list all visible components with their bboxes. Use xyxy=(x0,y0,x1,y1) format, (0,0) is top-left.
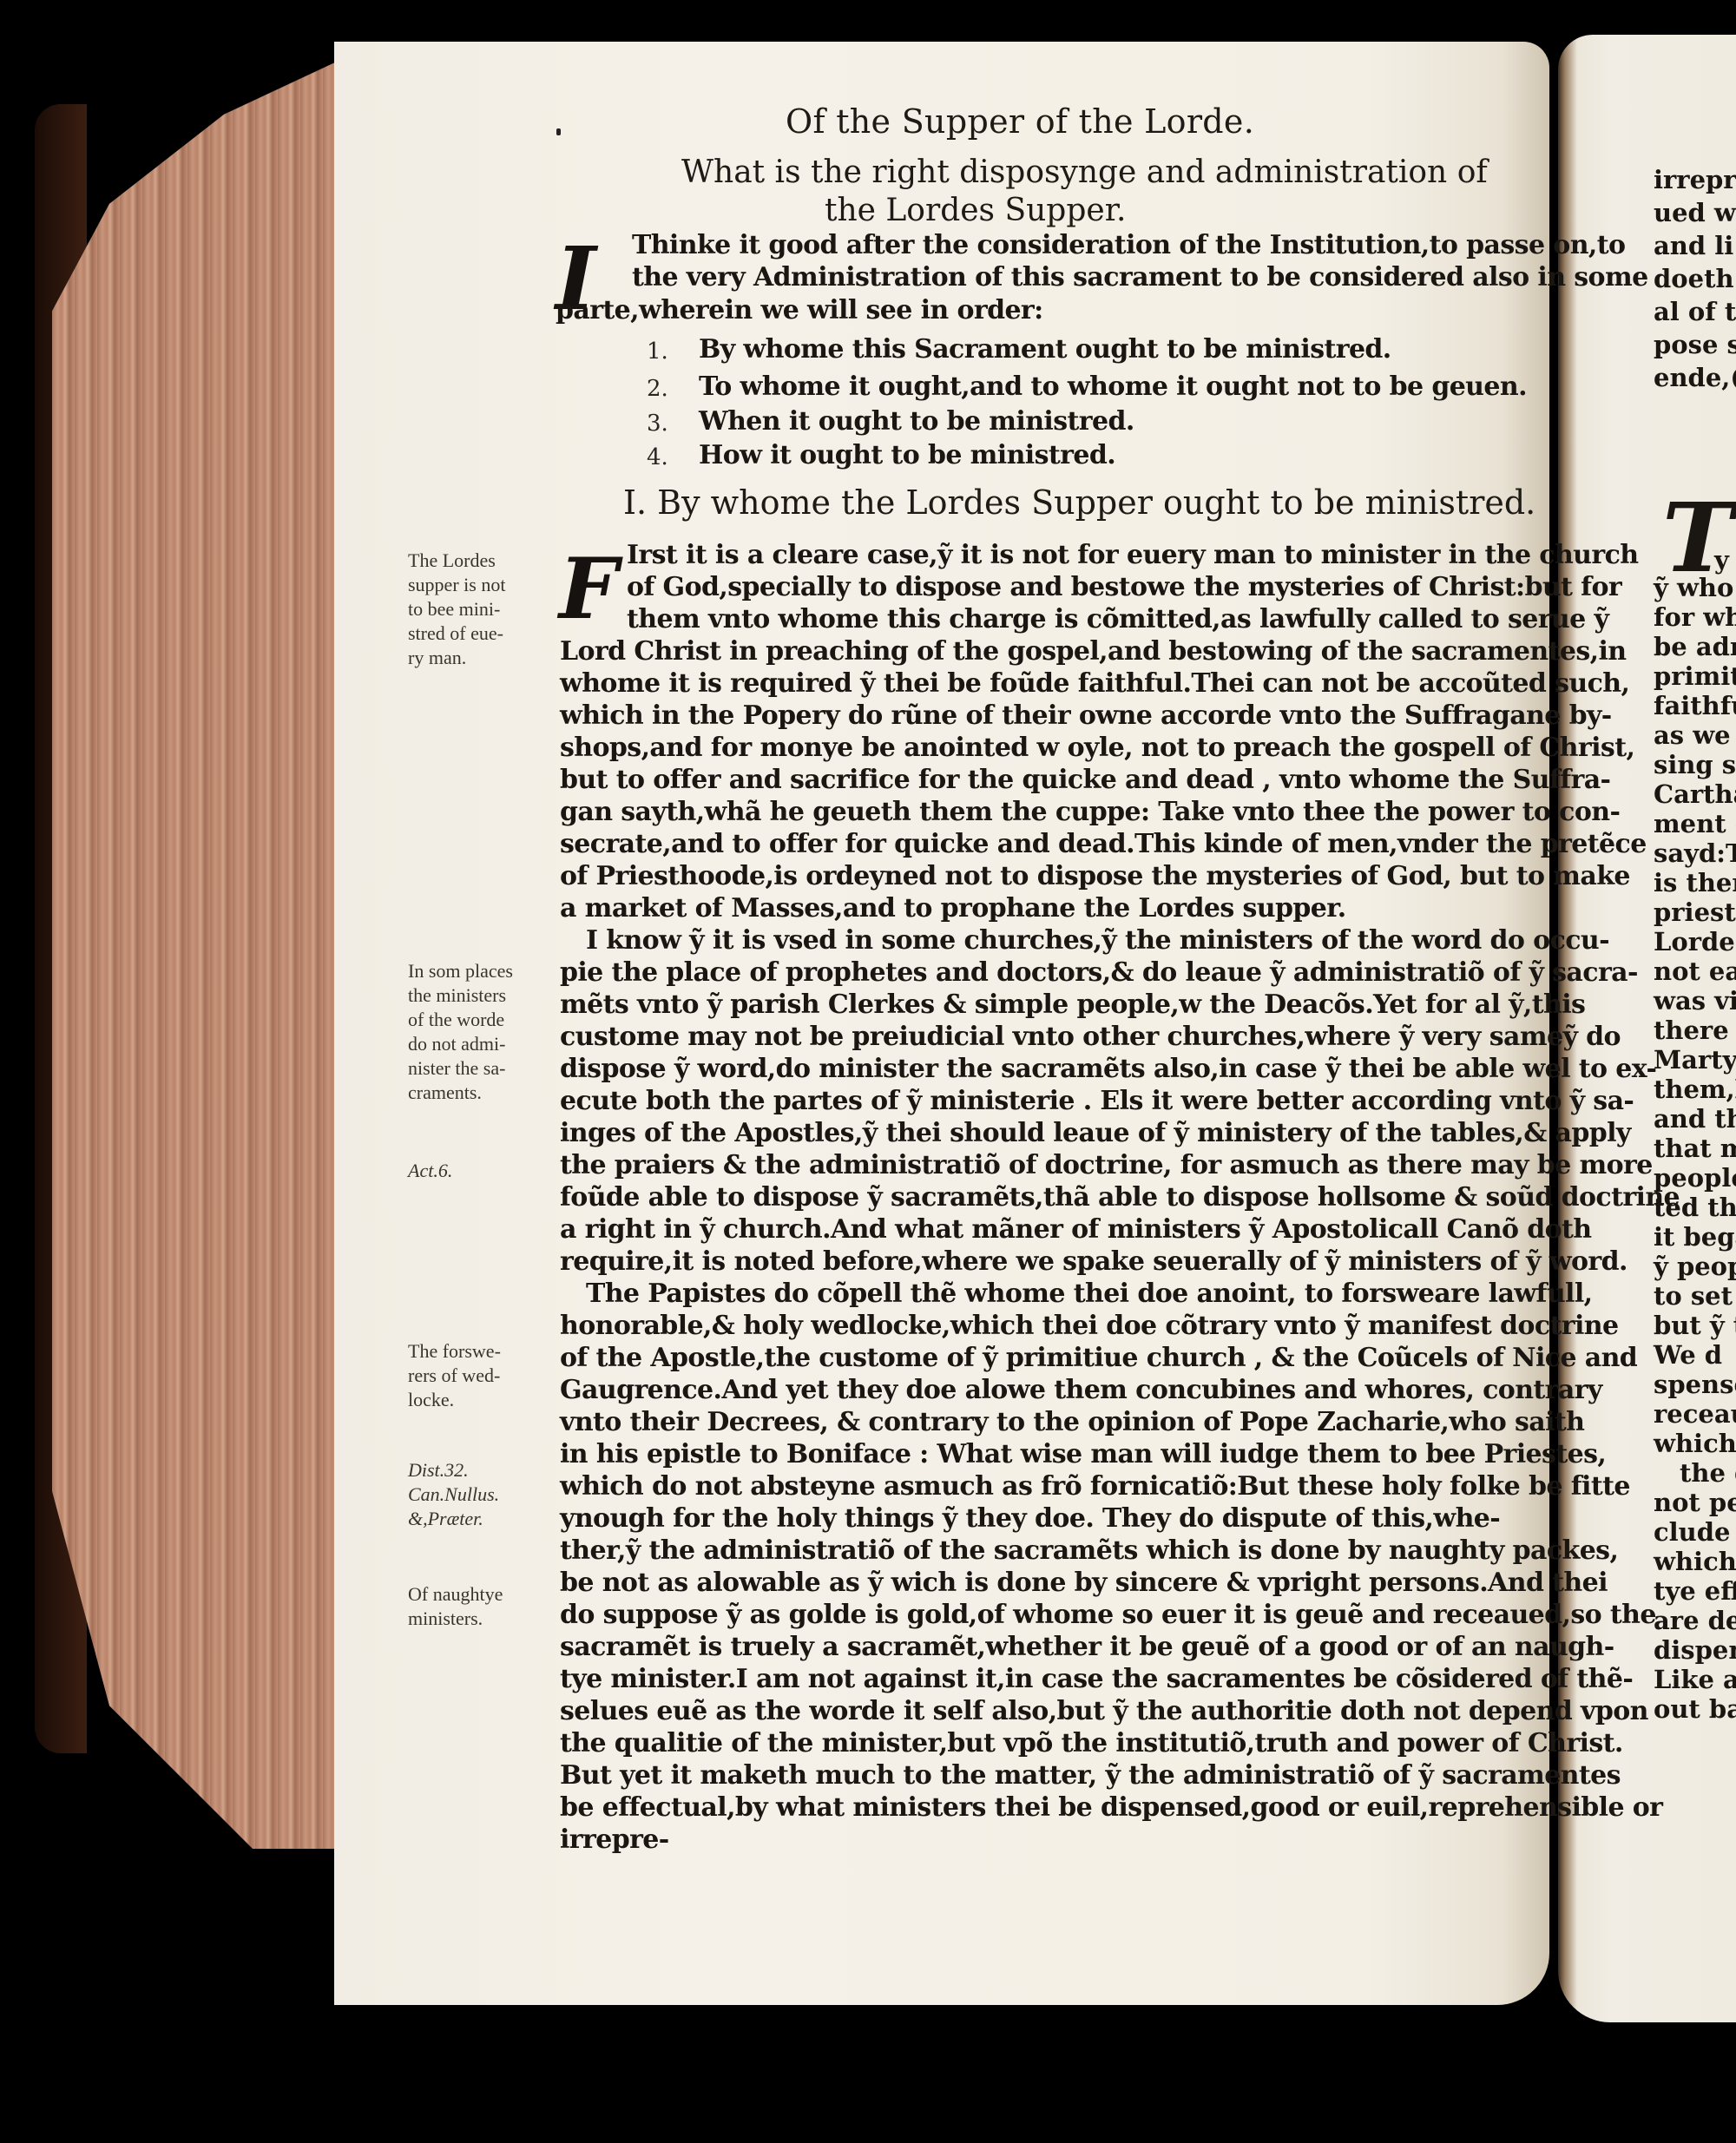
margin-note-line: In som places xyxy=(408,959,551,983)
margin-note-line: supper is not xyxy=(408,573,551,597)
right-page-line: the dead xyxy=(1680,1458,1736,1488)
right-page-line: dispensa xyxy=(1654,1635,1736,1665)
body-line: dispose ỹ word,do minister the sacramẽts… xyxy=(560,1054,1656,1084)
right-page-line: and tha xyxy=(1654,1104,1736,1134)
right-page-line: al of t xyxy=(1654,297,1736,326)
right-page-line: are dead xyxy=(1654,1606,1736,1635)
right-page-line: Marty xyxy=(1654,1045,1736,1075)
body-line: ther,ỹ the administratiõ of the sacramẽt… xyxy=(560,1535,1618,1566)
body-line: do suppose ỹ as golde is gold,of whome s… xyxy=(560,1600,1656,1630)
right-page-line: irrepr xyxy=(1654,165,1736,194)
margin-note-line: nister the sa- xyxy=(408,1056,551,1081)
right-page-line: whiche xyxy=(1654,1429,1736,1458)
body-line: sacramẽt is truely a sacramẽt,whether it… xyxy=(560,1632,1614,1662)
body-line: which in the Popery do rũne of their own… xyxy=(560,700,1612,731)
right-page-line: ment of xyxy=(1654,809,1736,838)
body-line: But yet it maketh much to the matter, ỹ … xyxy=(560,1760,1621,1791)
intro-line: Thinke it good after the consideration o… xyxy=(632,230,1625,260)
right-page-line: peoples xyxy=(1654,1163,1736,1193)
body-line: the praiers & the administratiõ of doctr… xyxy=(560,1150,1653,1180)
body-line: honorable,& holy wedlocke,which thei doe… xyxy=(560,1311,1618,1341)
list-item: To whome it ought,and to whome it ought … xyxy=(699,371,1527,402)
right-page-line: out bapt xyxy=(1654,1694,1736,1724)
ink-mark xyxy=(556,128,561,135)
list-item: By whome this Sacrament ought to be mini… xyxy=(699,334,1391,365)
margin-note: The Lordes supper is not to bee mini- st… xyxy=(408,549,551,670)
body-line: foũde able to dispose ỹ sacramẽts,thã ab… xyxy=(560,1182,1680,1213)
body-line: tye minister.I am not against it,in case… xyxy=(560,1664,1633,1694)
right-page-line: pose s xyxy=(1654,330,1736,359)
body-line: secrate,and to offer for quicke and dead… xyxy=(560,829,1647,859)
right-page-line: sayd:T xyxy=(1654,838,1736,868)
margin-note-line: locke. xyxy=(408,1388,551,1412)
chapter-title-line-2: the Lordes Supper. xyxy=(825,193,1126,228)
body-line: which do not absteyne asmuch as frõ forn… xyxy=(560,1471,1630,1502)
body-line: Lord Christ in preaching of the gospel,a… xyxy=(560,636,1627,667)
photo-background: Of the Supper of the Lorde. What is the … xyxy=(0,0,1736,2143)
margin-note-line: ry man. xyxy=(408,646,551,670)
margin-note-line: to bee mini- xyxy=(408,597,551,621)
margin-note-line: The Lordes xyxy=(408,549,551,573)
margin-note: In som places the ministers of the worde… xyxy=(408,959,551,1105)
body-line: vnto their Decrees, & contrary to the op… xyxy=(560,1407,1584,1437)
body-line: be effectual,by what ministers thei be d… xyxy=(560,1792,1662,1823)
right-page-line: ende,( xyxy=(1654,363,1736,392)
body-line: whome it is required ỹ thei be foũde fai… xyxy=(560,668,1629,699)
book-fore-edge xyxy=(52,61,339,1849)
margin-note-line: craments. xyxy=(408,1081,551,1105)
right-page-line: Lordes xyxy=(1654,927,1736,956)
margin-note-line: The forswe- xyxy=(408,1339,551,1364)
body-line: mẽts vnto ỹ parish Clerkes & simple peop… xyxy=(560,989,1585,1020)
right-page-line: for wh xyxy=(1654,602,1736,632)
margin-note-line: &,Præter. xyxy=(408,1507,551,1531)
margin-note-line: stred of eue- xyxy=(408,621,551,646)
right-page-line: receaue xyxy=(1654,1399,1736,1429)
margin-note-line: of the worde xyxy=(408,1008,551,1032)
body-line: a right in ỹ church.And what mãner of mi… xyxy=(560,1214,1592,1245)
body-line: ecute both the partes of ỹ ministerie . … xyxy=(560,1086,1634,1116)
right-page-line: ted the c xyxy=(1654,1193,1736,1222)
margin-note: Act.6. xyxy=(408,1159,551,1183)
right-page-line: We d xyxy=(1654,1340,1722,1370)
body-line: them vnto whome this charge is cõmitted,… xyxy=(627,604,1608,634)
right-page-line: y xyxy=(1714,545,1729,575)
margin-note-line: Of naughtye xyxy=(408,1582,551,1607)
body-line: Irst it is a cleare case,ỹ it is not for… xyxy=(627,540,1638,570)
intro-line: the very Administration of this sacramen… xyxy=(632,262,1648,293)
right-page-line: priest n xyxy=(1654,897,1736,927)
drop-cap-section: F xyxy=(559,540,618,638)
right-page-line: primiti xyxy=(1654,661,1736,691)
margin-note-line: ministers. xyxy=(408,1607,551,1631)
right-page-line: doeth xyxy=(1654,264,1734,293)
margin-note: Of naughtye ministers. xyxy=(408,1582,551,1631)
margin-note-line: Can.Nullus. xyxy=(408,1482,551,1507)
body-line: The Papistes do cõpell thẽ whome thei do… xyxy=(586,1279,1592,1309)
right-page-line: ỹ who xyxy=(1654,573,1733,602)
section-heading: I. By whome the Lordes Supper ought to b… xyxy=(623,483,1535,522)
right-page-line: Cartha xyxy=(1654,779,1736,809)
right-page-line: to set fo xyxy=(1654,1281,1736,1311)
right-page-line: not pert xyxy=(1654,1488,1736,1517)
list-number: 1. xyxy=(647,339,668,365)
right-page-line: tye effec xyxy=(1654,1576,1736,1606)
body-line: shops,and for monye be anointed w oyle, … xyxy=(560,733,1634,763)
right-page-line: but ỹ th xyxy=(1654,1311,1736,1340)
right-page-line: not eat xyxy=(1654,956,1736,986)
body-line: I know ỹ it is vsed in some churches,ỹ t… xyxy=(586,925,1609,956)
margin-note-line: the ministers xyxy=(408,983,551,1008)
right-page-line: it begã xyxy=(1654,1222,1736,1252)
body-line: pie the place of prophetes and doctors,&… xyxy=(560,957,1638,988)
running-head: Of the Supper of the Lorde. xyxy=(786,102,1254,141)
body-line: be not as alowable as ỹ wich is done by … xyxy=(560,1568,1608,1598)
right-page-line: whiche xyxy=(1654,1547,1736,1576)
margin-note-line: rers of wed- xyxy=(408,1364,551,1388)
right-page-line: and li xyxy=(1654,231,1733,260)
margin-note: The forswe- rers of wed- locke. xyxy=(408,1339,551,1412)
body-line: of the Apostle,the custome of ỹ primitiu… xyxy=(560,1343,1637,1373)
right-page-line: Like as t xyxy=(1654,1665,1736,1694)
right-page-line: sing sa xyxy=(1654,750,1736,779)
right-page-line: there sh xyxy=(1654,1016,1736,1045)
body-line: of Priesthoode,is ordeyned not to dispos… xyxy=(560,861,1630,891)
body-line: irrepre- xyxy=(560,1824,669,1855)
body-line: a market of Masses,and to prophane the L… xyxy=(560,893,1346,924)
body-line: gan sayth,whã he geueth them the cuppe: … xyxy=(560,797,1620,827)
body-line: in his epistle to Boniface : What wise m… xyxy=(560,1439,1606,1469)
right-page-line: as we xyxy=(1654,720,1731,750)
chapter-title-line-1: What is the right disposynge and adminis… xyxy=(681,154,1488,190)
right-page-line: be adm xyxy=(1654,632,1736,661)
list-number: 2. xyxy=(647,376,668,402)
body-line: Gaugrence.And yet they doe alowe them co… xyxy=(560,1375,1602,1405)
list-item: How it ought to be ministred. xyxy=(699,440,1115,470)
body-line: inges of the Apostles,ỹ thei should leau… xyxy=(560,1118,1631,1148)
right-page-line: spensed xyxy=(1654,1370,1736,1399)
right-page-line: faithfu xyxy=(1654,691,1736,720)
intro-line: parte,wherein we will see in order: xyxy=(556,295,1043,325)
right-page-line: clude th xyxy=(1654,1517,1736,1547)
margin-note: Dist.32. Can.Nullus. &,Præter. xyxy=(408,1458,551,1531)
body-line: selues euẽ as the worde it self also,but… xyxy=(560,1696,1648,1726)
list-number: 3. xyxy=(647,411,668,437)
margin-note-line: Dist.32. xyxy=(408,1458,551,1482)
body-line: of God,specially to dispose and bestowe … xyxy=(627,572,1621,602)
list-item: When it ought to be ministred. xyxy=(699,406,1134,437)
list-number: 4. xyxy=(647,444,668,470)
right-page-line: was vi xyxy=(1654,986,1736,1016)
right-page-line: that me xyxy=(1654,1134,1736,1163)
right-page-line: ued w xyxy=(1654,198,1736,227)
right-page-line: them,bu xyxy=(1654,1075,1736,1104)
body-line: but to offer and sacrifice for the quick… xyxy=(560,765,1610,795)
margin-note-line: do not admi- xyxy=(408,1032,551,1056)
body-line: the qualitie of the minister,but vpõ the… xyxy=(560,1728,1623,1758)
right-page-line: is there xyxy=(1654,868,1736,897)
body-line: require,it is noted before,where we spak… xyxy=(560,1246,1627,1277)
margin-note-line: Act.6. xyxy=(408,1159,551,1183)
body-line: custome may not be preiudicial vnto othe… xyxy=(560,1022,1621,1052)
body-line: ynough for the holy things ỹ they doe. T… xyxy=(560,1503,1500,1534)
right-page-line: ỹ people xyxy=(1654,1252,1736,1281)
